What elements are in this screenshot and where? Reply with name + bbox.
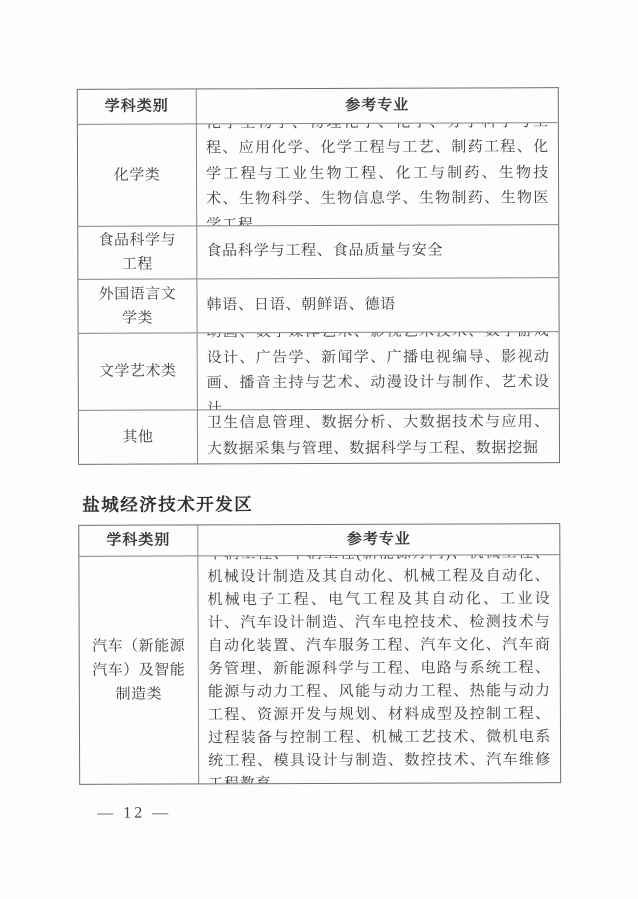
section-heading-yancheng-etdz: 盐城经济技术开发区 [82, 491, 253, 517]
majors-text: 卫生信息管理、数据分析、大数据技术与应用、大数据采集与管理、数据科学与工程、数据… [207, 410, 550, 462]
subject-majors-table-2: 学科类别 参考专业 汽车（新能源汽车）及智能制造类 车辆工程、车辆工程(新能源方… [78, 523, 561, 785]
column-header-category: 学科类别 [78, 89, 197, 123]
table-row: 食品科学与工程 食品科学与工程、食品质量与安全 [78, 224, 558, 279]
scanned-sheet: 学科类别 参考专业 化学类 化学生物学、物理化学、化学、分子科学与工程、应用化学… [0, 0, 638, 899]
column-header-majors: 参考专业 [198, 524, 559, 555]
document-page: 学科类别 参考专业 化学类 化学生物学、物理化学、化学、分子科学与工程、应用化学… [0, 0, 638, 899]
category-cell: 文学艺术类 [79, 333, 198, 409]
category-cell: 食品科学与工程 [78, 226, 197, 278]
table-row: 化学类 化学生物学、物理化学、化学、分子科学与工程、应用化学、化学工程与工艺、制… [78, 122, 558, 226]
table-row: 外国语言文学类 韩语、日语、朝鲜语、德语 [78, 277, 558, 333]
category-cell: 化学类 [78, 124, 197, 225]
majors-cell: 化学生物学、物理化学、化学、分子科学与工程、应用化学、化学工程与工艺、制药工程、… [197, 123, 558, 225]
subject-majors-table-1: 学科类别 参考专业 化学类 化学生物学、物理化学、化学、分子科学与工程、应用化学… [77, 87, 560, 465]
majors-text: 车辆工程、车辆工程(新能源方向)、机械工程、机械设计制造及其自动化、机械工程及自… [207, 555, 551, 783]
table-row: 汽车（新能源汽车）及智能制造类 车辆工程、车辆工程(新能源方向)、机械工程、机械… [79, 554, 560, 784]
majors-cell: 车辆工程、车辆工程(新能源方向)、机械工程、机械设计制造及其自动化、机械工程及自… [198, 555, 560, 783]
table-row: 文学艺术类 动画、数字媒体艺术、影视艺术技术、数字游戏设计、广告学、新闻学、广播… [79, 331, 559, 410]
majors-cell: 动画、数字媒体艺术、影视艺术技术、数字游戏设计、广告学、新闻学、广播电视编导、影… [198, 332, 559, 409]
column-header-category: 学科类别 [79, 525, 198, 555]
category-cell: 汽车（新能源汽车）及智能制造类 [79, 556, 199, 783]
category-cell: 外国语言文学类 [78, 279, 197, 332]
table-header-row: 学科类别 参考专业 [78, 88, 558, 124]
table-row: 其他 卫生信息管理、数据分析、大数据技术与应用、大数据采集与管理、数据科学与工程… [79, 408, 559, 464]
majors-text: 韩语、日语、朝鲜语、德语 [206, 292, 549, 319]
column-header-majors: 参考专业 [197, 88, 558, 123]
majors-text: 动画、数字媒体艺术、影视艺术技术、数字游戏设计、广告学、新闻学、广播电视编导、影… [207, 332, 550, 409]
table-header-row: 学科类别 参考专业 [79, 524, 559, 556]
page-number: — 12 — [97, 805, 171, 823]
majors-cell: 韩语、日语、朝鲜语、德语 [197, 278, 558, 332]
majors-cell: 食品科学与工程、食品质量与安全 [197, 225, 558, 278]
majors-text: 食品科学与工程、食品质量与安全 [206, 238, 549, 265]
majors-cell: 卫生信息管理、数据分析、大数据技术与应用、大数据采集与管理、数据科学与工程、数据… [198, 409, 559, 463]
majors-text: 化学生物学、物理化学、化学、分子科学与工程、应用化学、化学工程与工艺、制药工程、… [206, 123, 549, 225]
category-cell: 其他 [79, 410, 198, 463]
